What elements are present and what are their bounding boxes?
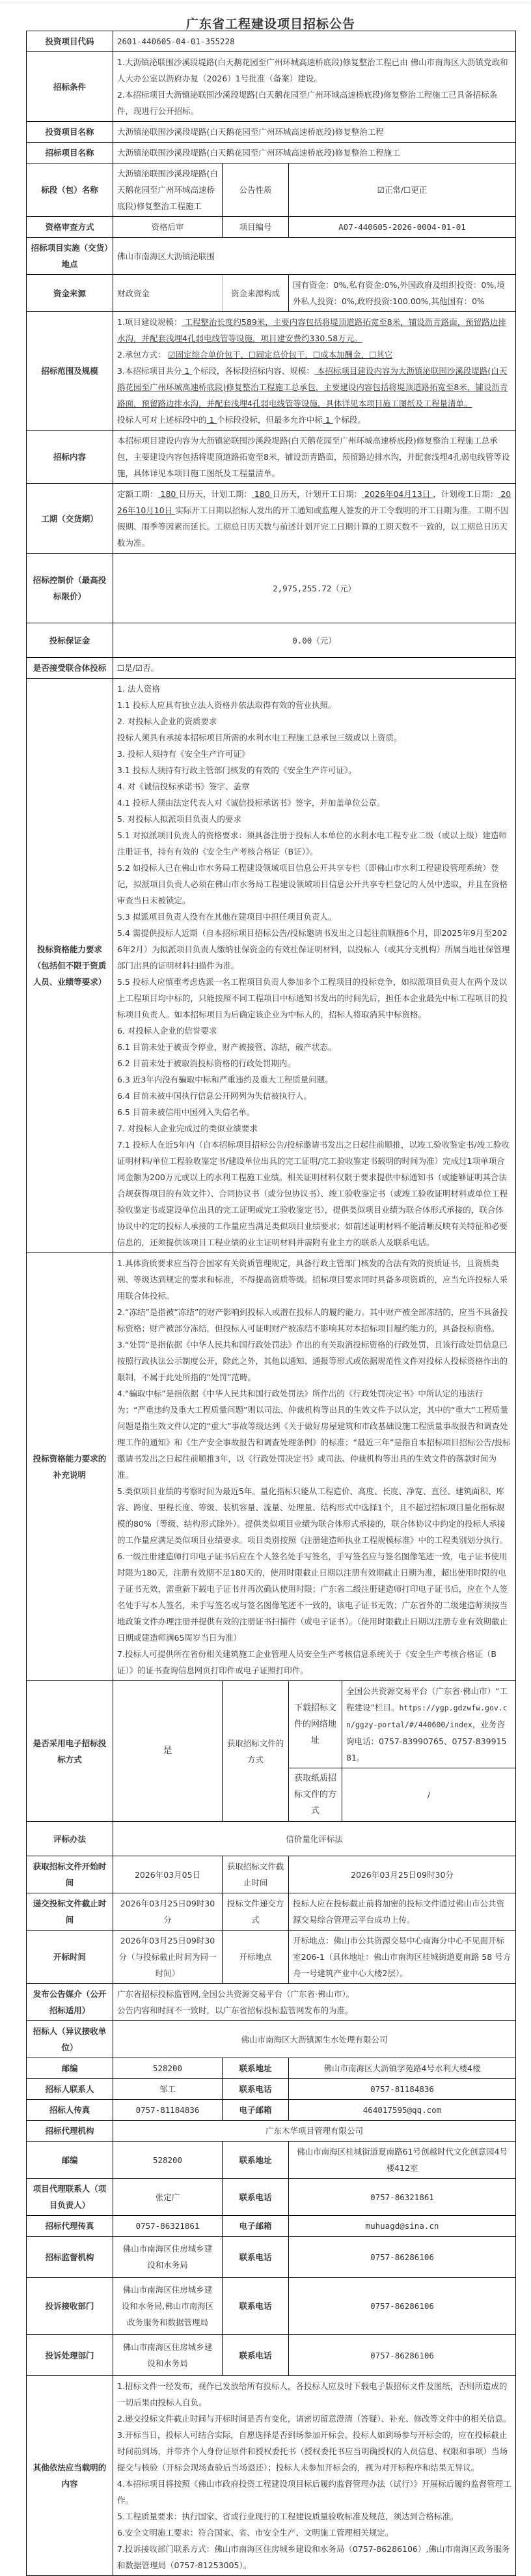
row-supplement: 投标资格能力要求的补充说明 1.具体资质要求应当符合国家有关资质管理规定，具备行… xyxy=(27,1253,516,1681)
qualification-line: 1. 法人资格 xyxy=(117,681,511,697)
row-tenderer: 招标人（异议接收单位） 佛山市南海区大沥镇源生水处理有限公司 xyxy=(27,2021,516,2058)
label: 获取招标文件的方式 xyxy=(223,1681,289,1822)
label: 资格审查方式 xyxy=(27,217,113,238)
qualification-line: 6.4 目前未被中国执行信息公开网列为失信被执行人。 xyxy=(117,1088,511,1104)
email-value[interactable]: 464017595@qq.com xyxy=(289,2100,516,2121)
phone-value: 0757-81184836 xyxy=(289,2079,516,2100)
phone-value: 0757-86286106 xyxy=(289,2278,516,2335)
row-tender-name: 招标项目名称 大沥镇泌联围沙溪段堤路(白天鹅花园至广州环城高速桥底段)修复整治工… xyxy=(27,143,516,163)
section-count: 1 xyxy=(182,366,192,376)
text: ，计划竣工日期： xyxy=(433,489,498,499)
row-consortium: 是否接受联合体投标 ☐是/☑否。 xyxy=(27,658,516,679)
qualification-line: 5.1 对拟派项目负责人的资格要求：须具备注册于投标人本单位的水利水电工程专业二… xyxy=(117,827,511,860)
label: 资金来源构成 xyxy=(223,275,289,312)
label: 招标代理机构 xyxy=(27,2121,113,2142)
row-get-time: 获取招标文件开始时间 2026年03月05日 获取招标文件截止时间 2026年0… xyxy=(27,1856,516,1893)
qualification-line: 7. 对投标人企业完成过的类似业绩要求 xyxy=(117,1120,511,1137)
label: 投资项目代码 xyxy=(27,31,113,52)
label: 招标人联系人 xyxy=(27,2079,113,2100)
row-agency: 招标代理机构 广东木华项目管理有限公司 xyxy=(27,2121,516,2142)
qualification-line: 2. 对投标人企业的资质要求 xyxy=(117,713,511,729)
qualification-line: 投标人须具有承接本招标项目所需的水利水电工程施工总承包三级或以上资质。 xyxy=(117,729,511,746)
other-line: 7.投诉接收部门联系方式：佛山市南海区住房城乡建设和水务局（0757-86286… xyxy=(117,2541,511,2573)
label: 招标监督机构 xyxy=(27,2237,113,2278)
opening-time-value: 2026年03月25日09时30分（与投标截止时间为同一时间） xyxy=(113,1931,223,1984)
row-evaluation: 评标办法 信价量化评标法 xyxy=(27,1822,516,1856)
tender-name-value: 大沥镇泌联围沙溪段堤路(白天鹅花园至广州环城高速桥底段)修复整治工程施工 xyxy=(113,143,516,163)
label: 招标项目实施（交货）地点 xyxy=(27,238,113,275)
label: 项目代理联系人（项目负责人） xyxy=(27,2179,113,2216)
label: 其他依法应当载明的内容 xyxy=(27,2376,113,2576)
phone-value: 0757-86286106 xyxy=(289,2237,516,2278)
media-line: 广东省招标投标监管网,全国公共资源交易平台（广东省·佛山市）。 xyxy=(117,1986,511,2002)
label: 评标办法 xyxy=(27,1822,113,1856)
project-code-value: 2601-440605-04-01-355228 xyxy=(113,31,516,52)
content-value: 本招标项目建设内容为大沥镇泌联围沙溪段堤路(白天鹅花园至广州环城高速桥底段)修复… xyxy=(113,431,516,484)
label: 获取招标文件截止时间 xyxy=(223,1856,289,1893)
address-value: 佛山市南海区桂城街道夏南路61号创越时代文化创意园4号楼412室 xyxy=(289,2142,516,2179)
row-invest-name: 投资项目名称 大沥镇泌联围沙溪段堤路(白天鹅花园至广州环城高速桥底段)修复整治工… xyxy=(27,122,516,143)
start-date: 2026年04月13日 xyxy=(362,489,433,499)
text: 个标段投标，但最多允许中标 xyxy=(217,415,323,425)
condition-value: 1.大沥镇泌联围沙溪段堤路(白天鹅花园至广州环城高速桥底段)修复整治工程已由 佛… xyxy=(113,52,516,122)
row-electronic: 是否采用电子招标投标方式 是 获取招标文件的方式 下载招标文件的网络地址 全国公… xyxy=(27,1681,516,1768)
get-end-value: 2026年03月25日09时30分 xyxy=(289,1856,516,1893)
row-complaint-process: 投诉处理部门 佛山市南海区住房城乡建设和水务局 联系电话 0757-862861… xyxy=(27,2335,516,2376)
supplement-line: 5.类似项目业绩的考察时间为最近5年。量化指标只能从工程造价、高度、长度、净宽、… xyxy=(117,1483,511,1548)
submit-deadline-value: 2026年03月25日09时30分 xyxy=(113,1893,223,1931)
label: 投标文件递交方式 xyxy=(223,1893,289,1931)
qualification-line: 6.5 目前未被信用中国列入失信名单。 xyxy=(117,1104,511,1120)
label: 投诉接收部门 xyxy=(27,2278,113,2335)
label: 招标控制价（最高投标限价） xyxy=(27,554,113,623)
row-funds: 资金来源 财政资金 资金来源构成 国有资金：0%,私有资金:0%,外国政府及组织… xyxy=(27,275,516,312)
row-agency-contact: 项目代理联系人（项目负责人） 张定广 联系电话 0757-86321861 xyxy=(27,2179,516,2216)
other-line: 6.安全文明施工要求：符合国家、省、市安全生产、文明施工管理相关规定。 xyxy=(117,2525,511,2541)
qualification-line: 5.5 投标人应慎重考虑选派一名工程项目负责人参加多个工程项目的投标竞争，如拟派… xyxy=(117,974,511,1023)
label: 投标保证金 xyxy=(27,623,113,658)
label: 开标地点 xyxy=(223,1931,289,1984)
consortium-value: ☐是/☑否。 xyxy=(113,658,516,679)
label: 发布公告媒介（公开招标适用） xyxy=(27,1984,113,2021)
qualification-line: 6.2 目前未处于被取消投标资格的行政处罚期内。 xyxy=(117,1055,511,1071)
text: 实际开工日期以招标人发出的开工通知或监理人签发的开工令载明的开工日期为准。工期不… xyxy=(117,505,509,548)
phone-value: 0757-86286106 xyxy=(289,2335,516,2376)
text: 2.承包方式： xyxy=(117,350,168,360)
text: 1.项目建设规模： xyxy=(117,317,182,327)
contact-value: 邹工 xyxy=(113,2079,223,2100)
fax-value: 0757-81184836 xyxy=(113,2100,223,2121)
row-other: 其他依法应当载明的内容 1.招标文件一经发布，视作已发放给所有投标人，各投标人应… xyxy=(27,2376,516,2576)
text: 3.本招标项目共分 xyxy=(117,366,182,376)
fax-value: 0757-86321861 xyxy=(113,2216,223,2237)
label: 联系电话 xyxy=(223,2179,289,2216)
text: 个标段，各标段招标内容、规模： xyxy=(192,366,314,376)
condition-line: 1.大沥镇泌联围沙溪段堤路(白天鹅花园至广州环城高速桥底段)修复整治工程已由 佛… xyxy=(117,54,511,87)
text: 定额工期： xyxy=(117,489,158,499)
email-value[interactable]: muhuagd@sina.cn xyxy=(289,2216,516,2237)
agency-value: 广东木华项目管理有限公司 xyxy=(113,2121,516,2142)
qualification-line: 7.1 投标人在近5年内（自本招标项目招标公告/投标邀请书发出之日起往前顺推，以… xyxy=(117,1137,511,1251)
period-value: 定额工期： 180 日历天，计划工期： 180 日历天，计划开工日期： 2026… xyxy=(113,484,516,554)
label: 联系地址 xyxy=(223,2058,289,2079)
row-supervisor: 招标监督机构 佛山市南海区住房城乡建设和水务局 联系电话 0757-862861… xyxy=(27,2237,516,2278)
row-agency-fax: 招标代理传真 0757-86321861 电子邮箱 muhuagd@sina.c… xyxy=(27,2216,516,2237)
row-deposit: 投标保证金 0.00（元） xyxy=(27,623,516,658)
label: 联系电话 xyxy=(223,2278,289,2335)
supplement-line: 7.投标人可提供所在省份相关建筑施工企业管理人员安全生产考核信息系统关于《安全生… xyxy=(117,1646,511,1678)
qualification-line: 5.2 如投标人已在佛山市水务局工程建设领域项目信息公开共享专栏（即佛山市水利工… xyxy=(117,860,511,909)
evaluation-value: 信价量化评标法 xyxy=(113,1822,516,1856)
postcode-value: 528200 xyxy=(113,2142,223,2179)
label: 招标内容 xyxy=(27,431,113,484)
contact-value: 张定广 xyxy=(113,2179,223,2216)
row-review: 资格审查方式 资格后审 项目编号 A07-440605-2026-0004-01… xyxy=(27,217,516,238)
other-line: 2.递交投标文件截止时间与开标时间是否有变化，请密切留意澄清（答疑）、补充、修改… xyxy=(117,2411,511,2427)
scope-line: 3.本招标项目共分 1 个标段，各标段招标内容、规模： 本招标项目建设内容为大沥… xyxy=(117,363,511,412)
qualification-line: 3. 投标人须持有《安全生产许可证》 xyxy=(117,746,511,762)
supplement-line: 3.“处罚”是指依据《中华人民共和国行政处罚法》作出的有关取消投标资格的行政处罚… xyxy=(117,1337,511,1385)
project-number-value: A07-440605-2026-0004-01-01 xyxy=(289,217,516,238)
label: 招标条件 xyxy=(27,52,113,122)
label: 联系电话 xyxy=(223,2237,289,2278)
supplement-line: 1.具体资质要求应当符合国家有关资质管理规定，具备行政主管部门核发的合法有效的资… xyxy=(117,1255,511,1304)
scope-line: 2.承包方式： ☑固定综合单价包干，☐固定总价包干，☐成本加酬金，☐其它 xyxy=(117,347,511,363)
qualification-line: 4.1 投标人须由法定代表人对《诚信投标承诺书》签字，并加盖单位公章。 xyxy=(117,795,511,811)
phone-value: 0757-86321861 xyxy=(289,2179,516,2216)
label: 投标资格能力要求的补充说明 xyxy=(27,1253,113,1681)
scope-line: 投标人可对上述标段中的 1 个标段投标，但最多允许中标 1 个标段。 xyxy=(117,412,511,428)
contract-type-checkboxes: ☑固定综合单价包干，☐固定总价包干，☐成本加酬金，☐其它 xyxy=(168,350,392,360)
row-project-code: 投资项目代码 2601-440605-04-01-355228 xyxy=(27,31,516,52)
label: 招标项目名称 xyxy=(27,143,113,163)
qualification-line: 5. 对投标人拟派项目负责人的要求 xyxy=(117,811,511,827)
media-value: 广东省招标投标监管网,全国公共资源交易平台（广东省·佛山市）。 公告内容和时间不… xyxy=(113,1984,516,2021)
label: 获取纸质招标文件的方式 xyxy=(289,1768,342,1822)
condition-line: 2.本招标项目大沥镇泌联围沙溪段堤路(白天鹅花园至广州环城高速桥底段)修复整治工… xyxy=(117,87,511,119)
scope-line: 1.项目建设规模： 工程整治长度约589米，主要内容包括将堤顶道路拓宽至8米，铺… xyxy=(117,314,511,347)
page-title: 广东省工程建设项目招标公告 xyxy=(0,14,531,32)
review-method-value: 资格后审 xyxy=(113,217,223,238)
label: 投诉处理部门 xyxy=(27,2335,113,2376)
postcode-value: 528200 xyxy=(113,2058,223,2079)
label: 获取招标文件开始时间 xyxy=(27,1856,113,1893)
supplement-line: 4.“骗取中标”是指依据《中华人民共和国行政处罚法》所作出的《行政处罚决定书》中… xyxy=(117,1385,511,1483)
notice-nature-value: ☑正常/☐更正 xyxy=(289,163,516,217)
label: 资金来源 xyxy=(27,275,113,312)
text: 日历天，计划工期： xyxy=(178,489,252,499)
label: 联系电话 xyxy=(223,2079,289,2100)
scope-value: 1.项目建设规模： 工程整治长度约589米，主要内容包括将堤顶道路拓宽至8米，铺… xyxy=(113,312,516,431)
opening-place-value: 开标地点：佛山市公共资源交易中心南海分中心不见面开标室206-1（具体地址：佛山… xyxy=(289,1931,516,1984)
qualification-line: 6.1 目前未处于被责令停业，财产被接管、冻结，破产状态。 xyxy=(117,1039,511,1055)
qualification-line: 1.1 投标人应具有独立法人资格并依法取得有效的营业执照。 xyxy=(117,697,511,713)
row-scope: 招标范围及规模 1.项目建设规模： 工程整治长度约589米，主要内容包括将堤顶道… xyxy=(27,312,516,431)
other-line: 5.工程质量要求：执行国家、省或行业现行的工程建设质量验收标准及规范，须达到合格… xyxy=(117,2508,511,2525)
label: 下载招标文件的网络地址 xyxy=(289,1681,342,1768)
get-start-value: 2026年03月05日 xyxy=(113,1856,223,1893)
row-complaint-receive: 投诉接收部门 佛山市南海区住房城乡建设和水务局,佛山市南海区政务服务和数据管理局… xyxy=(27,2278,516,2335)
row-agency-post: 邮编 528200 联系地址 佛山市南海区桂城街道夏南路61号创越时代文化创意园… xyxy=(27,2142,516,2179)
row-opening: 开标时间 2026年03月25日09时30分（与投标截止时间为同一时间） 开标地… xyxy=(27,1931,516,1984)
row-media: 发布公告媒介（公开招标适用） 广东省招标投标监管网,全国公共资源交易平台（广东省… xyxy=(27,1984,516,2021)
control-price-value: 2,975,255.72（元） xyxy=(113,554,516,623)
label: 递交投标文件截止时间 xyxy=(27,1893,113,1931)
label: 工期（交货期） xyxy=(27,484,113,554)
qualification-line: 6. 对投标人企业的信誉要求 xyxy=(117,1023,511,1039)
deposit-value: 0.00（元） xyxy=(113,623,516,658)
row-tenderer-post: 邮编 528200 联系地址 佛山市南海区大沥镇学苑路4号水利大楼4楼 xyxy=(27,2058,516,2079)
qualification-line: 5.3 拟派项目负责人没有在其他在建项目中担任项目负责人。 xyxy=(117,909,511,925)
text: 日历天，计划开工日期： xyxy=(273,489,362,499)
top-divider xyxy=(0,3,531,3)
label: 招标人传真 xyxy=(27,2100,113,2121)
label: 投资项目名称 xyxy=(27,122,113,143)
row-submit: 递交投标文件截止时间 2026年03月25日09时30分 投标文件递交方式 投标… xyxy=(27,1893,516,1931)
qualification-line: 5.4 需提供投标人近期（自本招标项目招标公告/投标邀请书发出之日起往前顺推6个… xyxy=(117,925,511,974)
row-qualification: 投标资格能力要求（包括但不限于资质人员、业绩等要求） 1. 法人资格 1.1 投… xyxy=(27,679,516,1253)
section-name-value: 大沥镇泌联围沙溪段堤路(白天鹅花园至广州环城高速桥底段)修复整治工程施工 xyxy=(113,163,223,217)
electronic-value: 是 xyxy=(113,1681,223,1822)
label: 公告性质 xyxy=(223,163,289,217)
location-value: 佛山市南海区大沥镇泌联围 xyxy=(113,238,516,275)
funds-composition-value: 国有资金：0%,私有资金:0%,外国政府及组织投资：0%,境外私人投资：0%,政… xyxy=(289,275,516,312)
row-tenderer-fax: 招标人传真 0757-81184836 电子邮箱 464017595@qq.co… xyxy=(27,2100,516,2121)
text: 个标段。 xyxy=(333,415,366,425)
submit-way-value: 投标人应在投标截止前将加密的投标文件通过佛山市公共资源交易综合管理云平台成功上传… xyxy=(289,1893,516,1931)
complaint-receive-value: 佛山市南海区住房城乡建设和水务局,佛山市南海区政务服务和数据管理局 xyxy=(113,2278,223,2335)
supervisor-value: 佛山市南海区住房城乡建设和水务局 xyxy=(113,2237,223,2278)
media-line: 公告内容和时间不一致时，以广东省招标投标监管网发布的为准。 xyxy=(117,2002,511,2018)
tender-notice-table: 投资项目代码 2601-440605-04-01-355228 招标条件 1.大… xyxy=(26,31,516,2576)
label: 是否接受联合体投标 xyxy=(27,658,113,679)
row-price: 招标控制价（最高投标限价） 2,975,255.72（元） xyxy=(27,554,516,623)
complaint-process-value: 佛山市南海区住房城乡建设和水务局 xyxy=(113,2335,223,2376)
label: 标段（包）名称 xyxy=(27,163,113,217)
row-tenderer-contact: 招标人联系人 邹工 联系电话 0757-81184836 xyxy=(27,2079,516,2100)
other-value: 1.招标文件一经发布，视作已发放给所有投标人，各投标人应及时下载电子版招标文件及… xyxy=(113,2376,516,2576)
tenderer-value: 佛山市南海区大沥镇源生水处理有限公司 xyxy=(113,2021,516,2058)
plan-days: 180 xyxy=(252,489,273,499)
qualification-line: 4. 对《诚信投标承诺书》签字、盖章 xyxy=(117,778,511,795)
qualification-value: 1. 法人资格 1.1 投标人应具有独立法人资格并依法取得有效的营业执照。 2.… xyxy=(113,679,516,1253)
download-url-value: 全国公共资源交易平台（广东省·佛山市）“工程建设”栏目。https://ygp.… xyxy=(342,1681,516,1768)
bid-count: 1 xyxy=(207,415,217,425)
label: 项目编号 xyxy=(223,217,289,238)
label: 电子邮箱 xyxy=(223,2216,289,2237)
label: 联系地址 xyxy=(223,2142,289,2179)
label: 邮编 xyxy=(27,2142,113,2179)
supplement-line: 2.“冻结”是指被“冻结”的财产影响到投标人或潜在投标人的履约能力。其中财产被全… xyxy=(117,1304,511,1337)
label: 招标人（异议接收单位） xyxy=(27,2021,113,2058)
label: 是否采用电子招标投标方式 xyxy=(27,1681,113,1822)
row-section: 标段（包）名称 大沥镇泌联围沙溪段堤路(白天鹅花园至广州环城高速桥底段)修复整治… xyxy=(27,163,516,217)
supplement-line: 6.一级注册建造师打印电子证书后应在个人签名处手写签名，手写签名应与签名图像笔迹… xyxy=(117,1548,511,1646)
label: 投标资格能力要求（包括但不限于资质人员、业绩等要求） xyxy=(27,679,113,1253)
label: 邮编 xyxy=(27,2058,113,2079)
row-period: 工期（交货期） 定额工期： 180 日历天，计划工期： 180 日历天，计划开工… xyxy=(27,484,516,554)
row-condition: 招标条件 1.大沥镇泌联围沙溪段堤路(白天鹅花园至广州环城高速桥底段)修复整治工… xyxy=(27,52,516,122)
other-line: 4.本招标项目将按照《佛山市政府投资工程建设项目标后履约监督管理办法（试行）》开… xyxy=(117,2476,511,2508)
row-content: 招标内容 本招标项目建设内容为大沥镇泌联围沙溪段堤路(白天鹅花园至广州环城高速桥… xyxy=(27,431,516,484)
other-line: 1.招标文件一经发布，视作已发放给所有投标人，各投标人应及时下载电子版招标文件及… xyxy=(117,2378,511,2411)
other-line: 3.开标当日，投标人可结合实际，自愿选择是否到场参加开标会。投标人如到场参与开标… xyxy=(117,2427,511,2476)
label: 联系电话 xyxy=(223,2335,289,2376)
qualification-line: 6.3 近3年内没有骗取中标和严重违约及重大工程质量问题。 xyxy=(117,1071,511,1088)
row-location: 招标项目实施（交货）地点 佛山市南海区大沥镇泌联围 xyxy=(27,238,516,275)
qualification-line: 3.1 投标人须持有行政主管部门核发的有效的《安全生产许可证》。 xyxy=(117,762,511,778)
label: 开标时间 xyxy=(27,1931,113,1984)
invest-name-value: 大沥镇泌联围沙溪段堤路(白天鹅花园至广州环城高速桥底段)修复整治工程 xyxy=(113,122,516,143)
paper-method-value: / xyxy=(342,1768,516,1822)
label: 招标范围及规模 xyxy=(27,312,113,431)
text: 投标人可对上述标段中的 xyxy=(117,415,207,425)
funds-value: 财政资金 xyxy=(113,275,223,312)
label: 招标代理传真 xyxy=(27,2216,113,2237)
label: 电子邮箱 xyxy=(223,2100,289,2121)
quota-days: 180 xyxy=(158,489,179,499)
supplement-value: 1.具体资质要求应当符合国家有关资质管理规定，具备行政主管部门核发的合法有效的资… xyxy=(113,1253,516,1681)
win-count: 1 xyxy=(323,415,333,425)
address-value: 佛山市南海区大沥镇学苑路4号水利大楼4楼 xyxy=(289,2058,516,2079)
